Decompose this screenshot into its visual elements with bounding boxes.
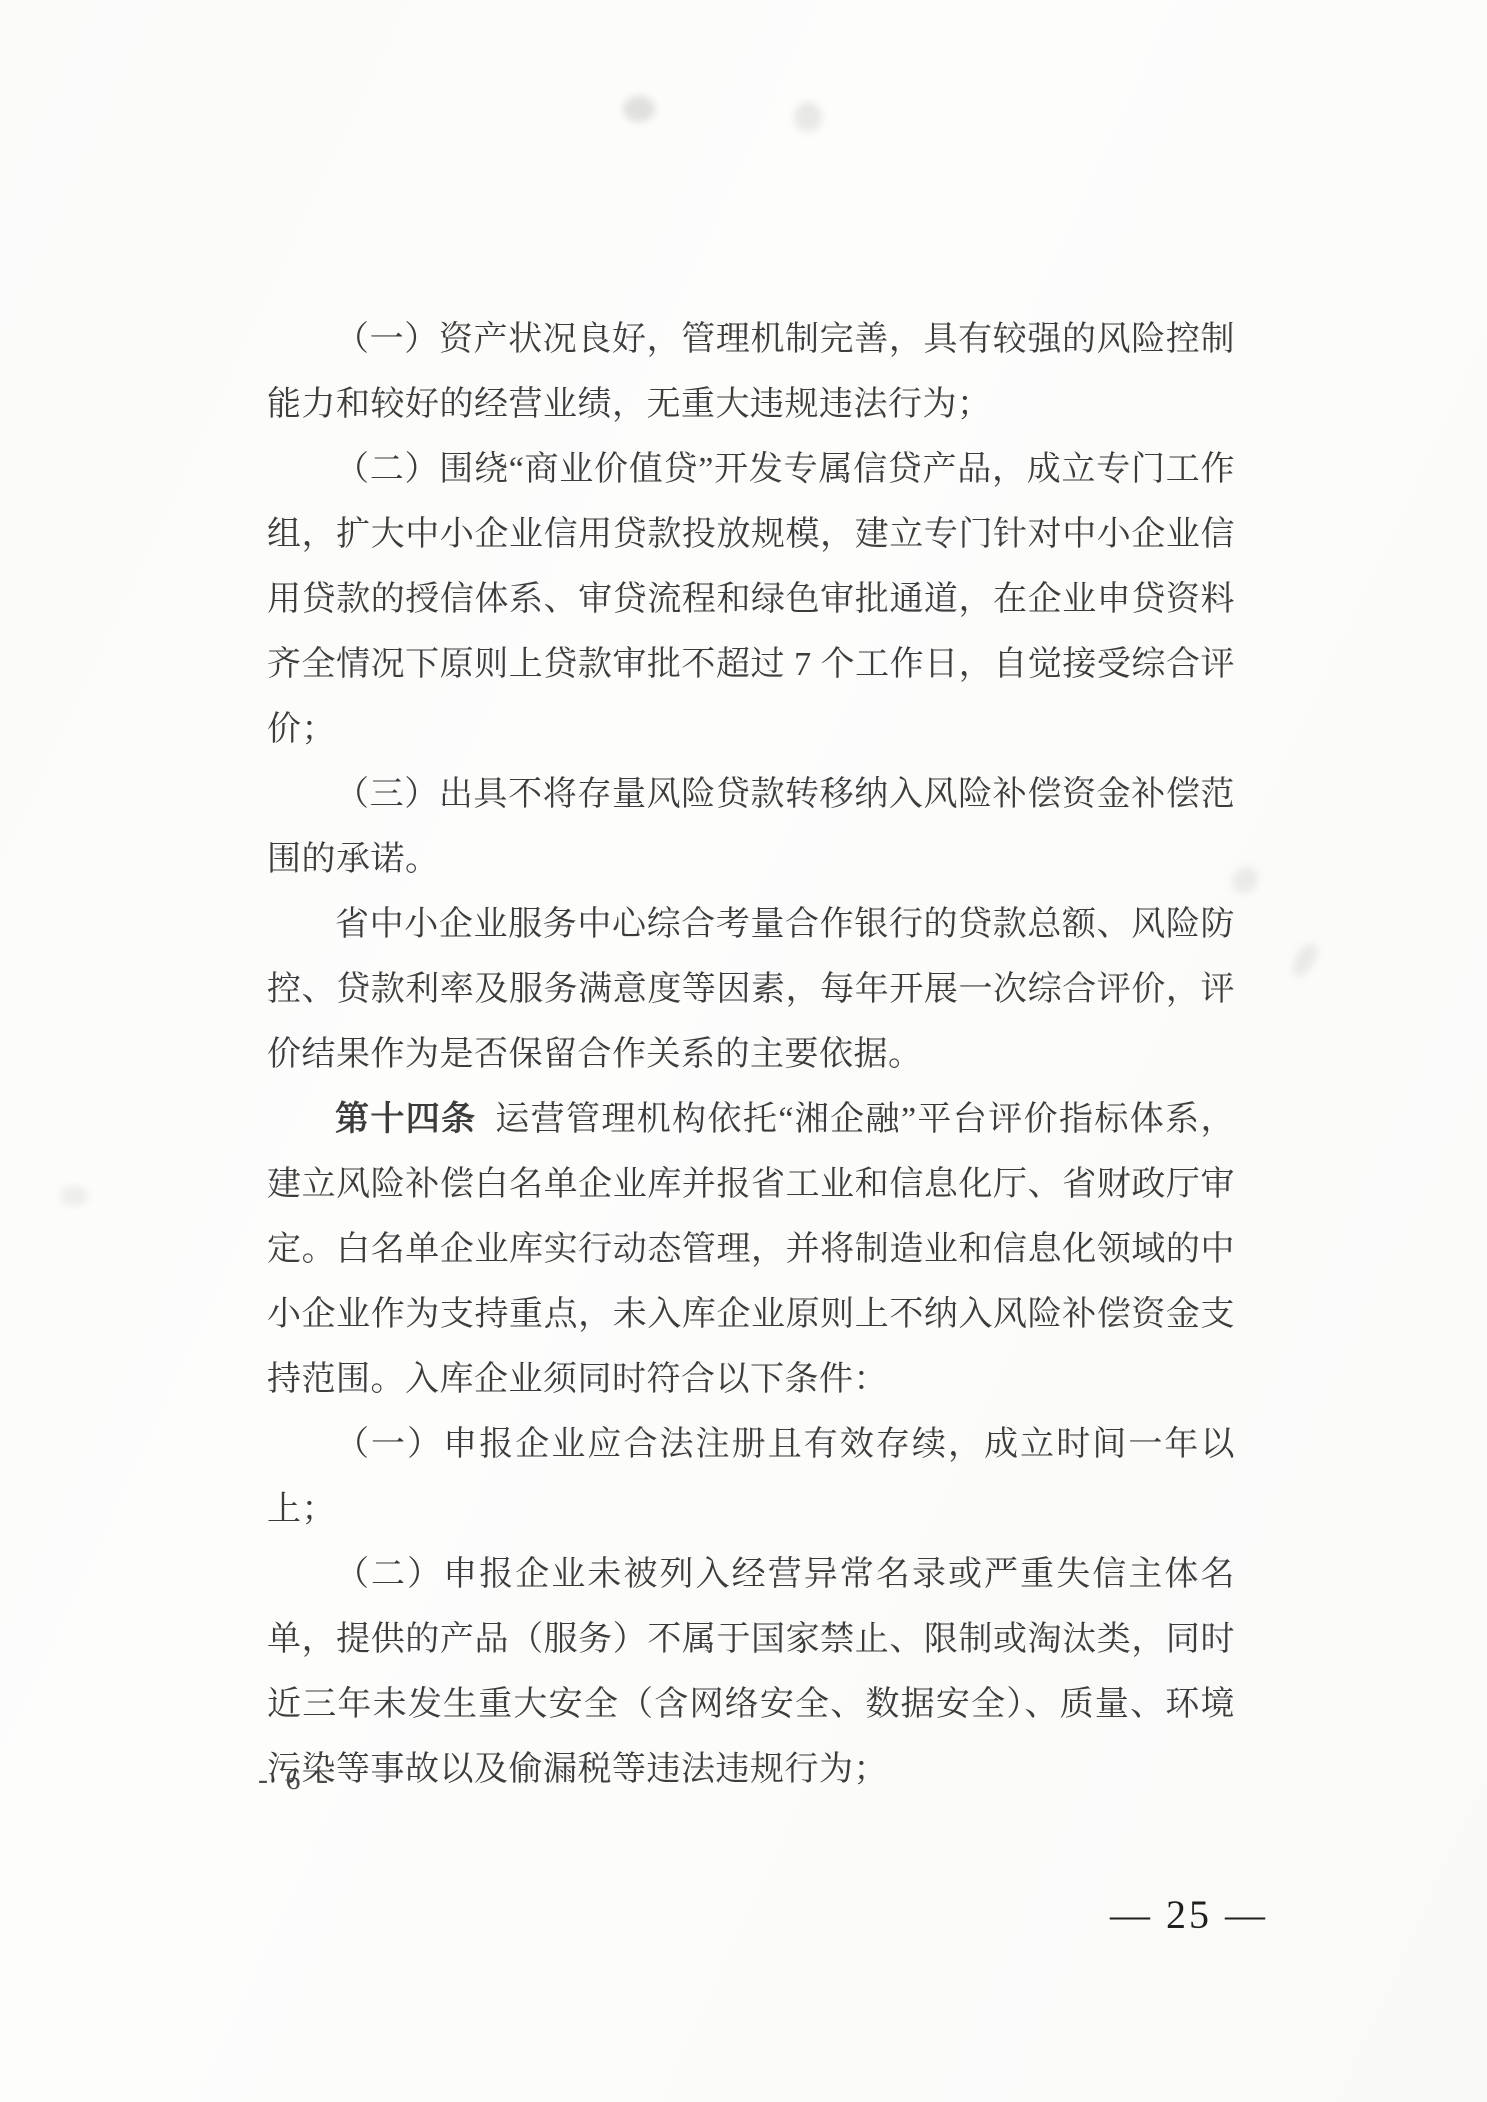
paragraph-text: 省中小企业服务中心综合考量合作银行的贷款总额、风险防控、贷款利率及服务满意度等因… [267, 906, 1235, 1073]
scan-smudge [623, 96, 655, 122]
paragraph-text: （一）申报企业应合法注册且有效存续，成立时间一年以上； [267, 1426, 1235, 1528]
paragraph-text: （二）围绕“商业价值贷”开发专属信贷产品，成立专门工作组，扩大中小企业信用贷款投… [267, 451, 1235, 748]
scan-smudge [60, 1186, 88, 1206]
paragraph-item-4: 省中小企业服务中心综合考量合作银行的贷款总额、风险防控、贷款利率及服务满意度等因… [267, 892, 1235, 1087]
paragraph-text: （一）资产状况良好，管理机制完善，具有较强的风险控制能力和较好的经营业绩，无重大… [267, 321, 1235, 423]
scan-smudge [794, 102, 822, 132]
document-body: （一）资产状况良好，管理机制完善，具有较强的风险控制能力和较好的经营业绩，无重大… [267, 307, 1235, 1802]
paragraph-item-3: （三）出具不将存量风险贷款转移纳入风险补偿资金补偿范围的承诺。 [267, 762, 1235, 892]
paragraph-item-7: （二）申报企业未被列入经营异常名录或严重失信主体名单，提供的产品（服务）不属于国… [267, 1542, 1235, 1802]
page-number-inner: - 6 - [258, 1760, 333, 1800]
paragraph-item-5-article-14: 第十四条运营管理机构依托“湘企融”平台评价指标体系，建立风险补偿白名单企业库并报… [267, 1087, 1235, 1412]
paragraph-text: （二）申报企业未被列入经营异常名录或严重失信主体名单，提供的产品（服务）不属于国… [267, 1556, 1235, 1788]
paragraph-item-6: （一）申报企业应合法注册且有效存续，成立时间一年以上； [267, 1412, 1235, 1542]
document-page: （一）资产状况良好，管理机制完善，具有较强的风险控制能力和较好的经营业绩，无重大… [0, 0, 1487, 2102]
paragraph-text: 运营管理机构依托“湘企融”平台评价指标体系，建立风险补偿白名单企业库并报省工业和… [267, 1101, 1235, 1398]
paragraph-text: （三）出具不将存量风险贷款转移纳入风险补偿资金补偿范围的承诺。 [267, 776, 1235, 878]
article-number-lead: 第十四条 [335, 1101, 477, 1138]
paragraph-item-2: （二）围绕“商业价值贷”开发专属信贷产品，成立专门工作组，扩大中小企业信用贷款投… [267, 437, 1235, 762]
page-number-outer: — 25 — [1110, 1892, 1268, 1938]
scan-smudge [1288, 940, 1322, 980]
paragraph-item-1: （一）资产状况良好，管理机制完善，具有较强的风险控制能力和较好的经营业绩，无重大… [267, 307, 1235, 437]
